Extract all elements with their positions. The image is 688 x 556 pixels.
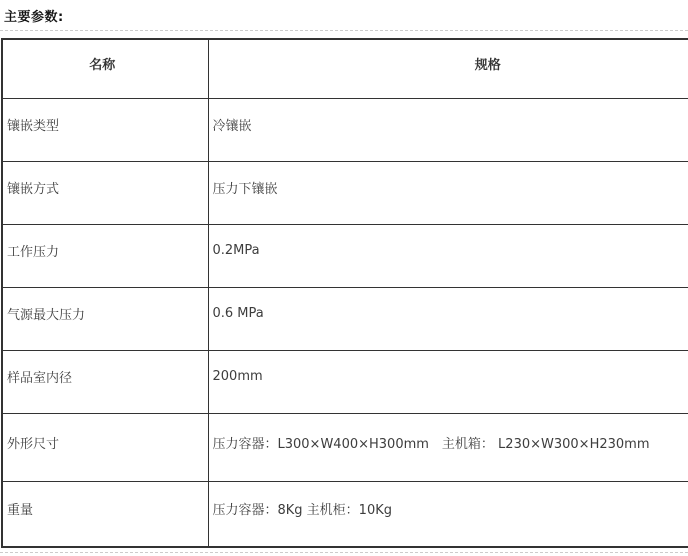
- column-header-name: 名称: [2, 39, 208, 98]
- param-spec-cell: 0.6 MPa: [208, 287, 688, 350]
- table-row: 气源最大压力 0.6 MPa: [2, 287, 688, 350]
- table-row: 重量 压力容器：8Kg 主机柜：10Kg: [2, 481, 688, 547]
- bottom-separator: [0, 552, 688, 553]
- param-name-cell: 镶嵌方式: [2, 161, 208, 224]
- param-name-cell: 重量: [2, 481, 208, 547]
- page-header: 主要参数:: [0, 0, 688, 31]
- table-row: 工作压力 0.2MPa: [2, 224, 688, 287]
- spec-table: 名称 规格 镶嵌类型 冷镶嵌 镶嵌方式 压力下镶嵌 工作压力 0.2MPa 气源…: [1, 38, 688, 548]
- table-header-row: 名称 规格: [2, 39, 688, 98]
- param-name-cell: 外形尺寸: [2, 413, 208, 481]
- param-spec-cell: 压力容器：L300×W400×H300mm 主机箱： L230×W300×H23…: [208, 413, 688, 481]
- param-name-cell: 工作压力: [2, 224, 208, 287]
- table-row: 镶嵌方式 压力下镶嵌: [2, 161, 688, 224]
- param-spec-cell: 冷镶嵌: [208, 98, 688, 161]
- table-row: 镶嵌类型 冷镶嵌: [2, 98, 688, 161]
- param-name-cell: 样品室内径: [2, 350, 208, 413]
- page-title: 主要参数:: [4, 6, 688, 25]
- param-spec-cell: 200mm: [208, 350, 688, 413]
- param-name-cell: 气源最大压力: [2, 287, 208, 350]
- column-header-spec: 规格: [208, 39, 688, 98]
- param-spec-cell: 0.2MPa: [208, 224, 688, 287]
- page: 主要参数: 名称 规格 镶嵌类型 冷镶嵌 镶嵌方式 压力下镶嵌 工作压力 0.2…: [0, 0, 688, 556]
- param-spec-cell: 压力容器：8Kg 主机柜：10Kg: [208, 481, 688, 547]
- param-spec-cell: 压力下镶嵌: [208, 161, 688, 224]
- table-row: 外形尺寸 压力容器：L300×W400×H300mm 主机箱： L230×W30…: [2, 413, 688, 481]
- table-row: 样品室内径 200mm: [2, 350, 688, 413]
- param-name-cell: 镶嵌类型: [2, 98, 208, 161]
